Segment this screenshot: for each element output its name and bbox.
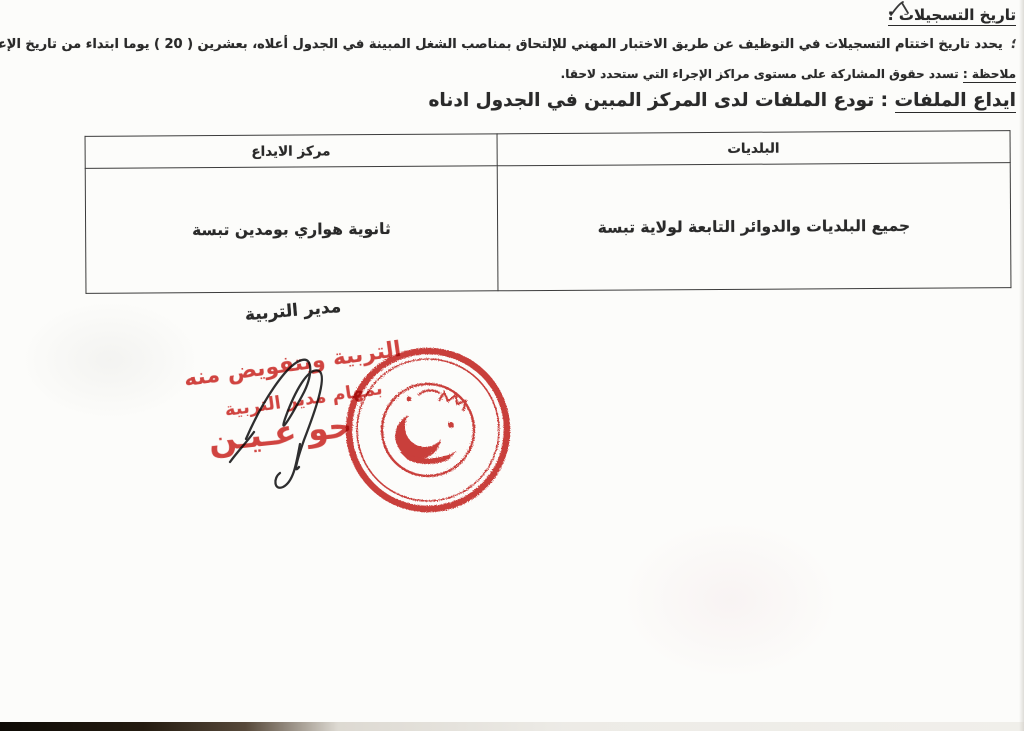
scan-smudge bbox=[20, 300, 200, 420]
registration-body: ؛يحدد تاريخ اختتام التسجيلات في التوظيف … bbox=[8, 37, 1016, 52]
cell-deposit-center: ثانوية هواري بومدين تبسة bbox=[85, 166, 497, 294]
scanned-document-page: تاريخ التسجيلات : ؛يحدد تاريخ اختتام الت… bbox=[0, 0, 1024, 731]
scan-smudge bbox=[620, 520, 840, 680]
table-row: جميع البلديات والدوائر التابعة لولاية تب… bbox=[85, 163, 1011, 294]
svg-text:مديرية التربية: مديرية التربية bbox=[323, 325, 327, 328]
seal-ring-text: الجمهورية الجزائرية الديمقراطية الشعبية … bbox=[323, 325, 330, 328]
svg-text:الجمهورية الجزائرية الديمقراطي: الجمهورية الجزائرية الديمقراطية الشعبية … bbox=[323, 325, 330, 328]
registration-heading: تاريخ التسجيلات : bbox=[888, 6, 1016, 26]
seal-inner-text: مديرية التربية bbox=[323, 325, 327, 328]
registration-body-text: يحدد تاريخ اختتام التسجيلات في التوظيف ع… bbox=[0, 37, 1003, 52]
note-text: تسدد حقوق المشاركة على مستوى مراكز الإجر… bbox=[561, 67, 963, 81]
header-municipalities: البلديات bbox=[497, 131, 1011, 166]
deposit-table: البلديات مركز الايداع جميع البلديات والد… bbox=[85, 130, 1012, 294]
seal-emblem bbox=[395, 390, 466, 464]
line-bullet-mark: ؛ bbox=[1010, 37, 1017, 53]
cell-municipalities: جميع البلديات والدوائر التابعة لولاية تب… bbox=[497, 163, 1011, 291]
deposit-line: ايداع الملفات : تودع الملفات لدى المركز … bbox=[429, 90, 1016, 111]
deposit-text: تودع الملفات لدى المركز المبين في الجدول… bbox=[429, 90, 875, 111]
deposit-table-wrapper: البلديات مركز الايداع جميع البلديات والد… bbox=[85, 130, 1012, 294]
scan-right-edge bbox=[1019, 0, 1024, 731]
official-round-seal: الجمهورية الجزائرية الديمقراطية الشعبية … bbox=[323, 325, 533, 535]
deposit-label: ايداع الملفات bbox=[895, 90, 1017, 113]
deposit-separator: : bbox=[874, 90, 894, 111]
scan-bottom-edge bbox=[0, 722, 1024, 731]
header-deposit-center: مركز الايداع bbox=[85, 134, 497, 169]
registration-note: ملاحظة : تسدد حقوق المشاركة على مستوى مر… bbox=[561, 67, 1016, 81]
note-label: ملاحظة : bbox=[963, 67, 1016, 83]
director-title: مدير التربية bbox=[225, 295, 360, 327]
